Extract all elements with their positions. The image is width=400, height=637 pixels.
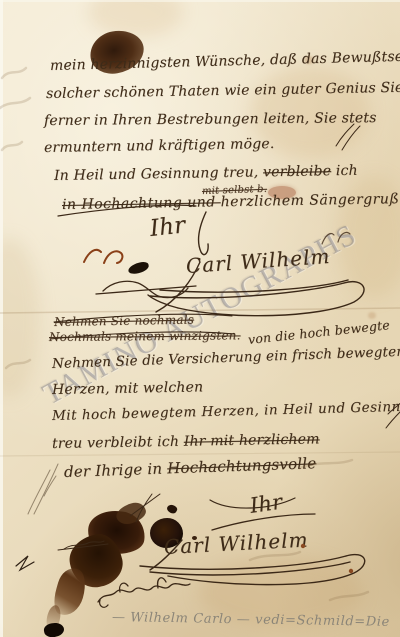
scribble-stroke [130,494,160,516]
red-stroke [84,250,101,262]
ink-blot-bottom-lobe [65,530,127,592]
struck-text: Nehmen Sie nochmals [54,313,194,329]
flourish-stroke [160,280,348,292]
signature-text: Carl Wilhelm [163,527,309,559]
paper-edge-top [0,0,400,2]
red-ink-dot [349,569,353,573]
letter-line: solcher schönen Thaten wie ein guter Gen… [46,80,400,102]
show-through [0,98,30,108]
flourish-stroke [178,282,364,316]
line-text: der Ihrige in [64,459,168,481]
scribble-stroke [336,124,354,146]
letter-line: von die hoch bewegte [247,317,390,347]
scribble-stroke [103,281,158,296]
scribble-stroke [28,470,50,514]
struck-text: verbleibe [263,163,331,180]
pencil-annotation: — Wilhelm Carlo — vedi=Schmild=Die [112,610,390,630]
struck-text: Ihr mit herzlichem [184,431,320,449]
scribble-stroke [44,476,56,496]
line-text: Nehmen Sie die Versicherung ein frisch b… [52,344,400,372]
scribble-stroke [98,584,190,602]
upside-down-scrawl [98,578,190,608]
line-text: In Heil und Gesinnung treu, [54,164,263,184]
show-through [330,592,368,600]
scribble-stroke [322,234,334,244]
flourish-stroke [150,283,344,298]
scribble-stroke [158,288,188,298]
scribble-stroke [342,126,360,150]
line-text: herzlichem Sängergruß. [221,191,400,210]
letter-line: Mit hoch bewegtem Herzen, in Heil und Ge… [52,398,400,424]
letter-line: der Ihrige in Hochachtungsvolle [64,454,317,481]
scribble-stroke [136,494,152,522]
letter-line: mein herzinnigsten Wünsche, daß das Bewu… [50,48,400,74]
paper-stain [0,238,40,398]
red-initials-marks [84,250,122,263]
left-margin-annotation [28,464,58,514]
line-text: mein herzinnigsten Wünsche, daß das Bewu… [50,48,400,74]
line-text: solcher schönen Thaten wie ein guter Gen… [46,80,400,102]
line-text: ermuntern und kräftigen möge. [44,136,275,156]
line-text: treu verbleibt ich [52,434,184,452]
show-through [2,142,22,150]
signature: Carl Wilhelm [163,527,309,559]
paper-edge-left [0,0,3,637]
ink-blot-tail [50,565,90,619]
paper-crease [0,308,400,313]
letter-line: ermuntern und kräftigen möge. [44,136,275,156]
letter-line: Nochmals meinem winzigsten. [49,328,241,344]
closing-ihr: Ihr [248,490,283,518]
line-text: Herzen, mit welchen [52,379,204,398]
show-through [2,68,26,78]
ink-dash-blob [127,261,150,276]
letter-line: In Heil und Gesinnung treu, verbleibe ic… [54,163,358,184]
scribble-stroke [100,600,108,607]
paper-stain [88,0,183,38]
ink-splatter-dot [166,503,179,515]
flourish-stroke [150,562,350,575]
scribble-stroke [120,583,128,592]
small-struck-word [58,541,108,550]
struck-text: Hochachtungsvolle [167,454,317,477]
line-text: von die hoch bewegte [247,317,390,347]
scribble-stroke [96,286,196,294]
line-text: ich [331,163,358,179]
paper-crease [0,452,400,456]
scribble-stroke [58,544,108,550]
struck-ur-scribble [96,281,196,297]
zigzag-mark [16,556,34,570]
ihr-flourish-mark [199,212,209,255]
show-through [6,360,30,368]
line-text: ferner in Ihren Bestrebungen leiten, Sie… [44,110,377,129]
letter-line: ferner in Ihren Bestrebungen leiten, Sie… [44,110,377,129]
scribble-stroke [338,232,350,242]
red-stroke [104,251,122,263]
signature: Carl Wilhelm [185,244,331,278]
letter-line: in Hochachtung und herzlichem Sängergruß… [62,191,400,213]
letter-line: Nehmen Sie die Versicherung ein frisch b… [52,344,400,372]
ink-blot-tail-thin [44,604,62,632]
flourish-stroke [168,555,365,585]
letter-line: Nehmen Sie nochmals [54,313,194,329]
flourish-stroke [148,295,178,308]
signature-text: Carl Wilhelm [185,244,331,278]
line-text: Ihr [149,212,187,242]
line-text: Ihr [248,490,283,518]
closing-ihr: Ihr [149,212,187,242]
margin-scribble [322,232,350,244]
diagonal-struck-insert [130,494,160,522]
margin-insert-mark [336,124,360,150]
line-text: Mit hoch bewegtem Herzen, in Heil und Ge… [52,398,400,424]
ink-blot-wing [114,500,148,527]
ink-blot-bottom-main [86,508,148,558]
letter-photograph: TAMINO AUTOGRAPHS mein herzinnigsten Wün… [0,0,400,637]
ink-spot-bottom-edge [43,621,65,637]
letter-line: Herzen, mit welchen [52,379,204,398]
scribble-stroke [158,578,166,588]
scribble-stroke [64,541,104,549]
struck-text: Nochmals meinem winzigsten. [49,328,241,344]
letter-line: treu verbleibt ich Ihr mit herzlichem [52,431,320,452]
scribble-stroke [34,464,58,514]
struck-text: in Hochachtung und [62,194,221,213]
